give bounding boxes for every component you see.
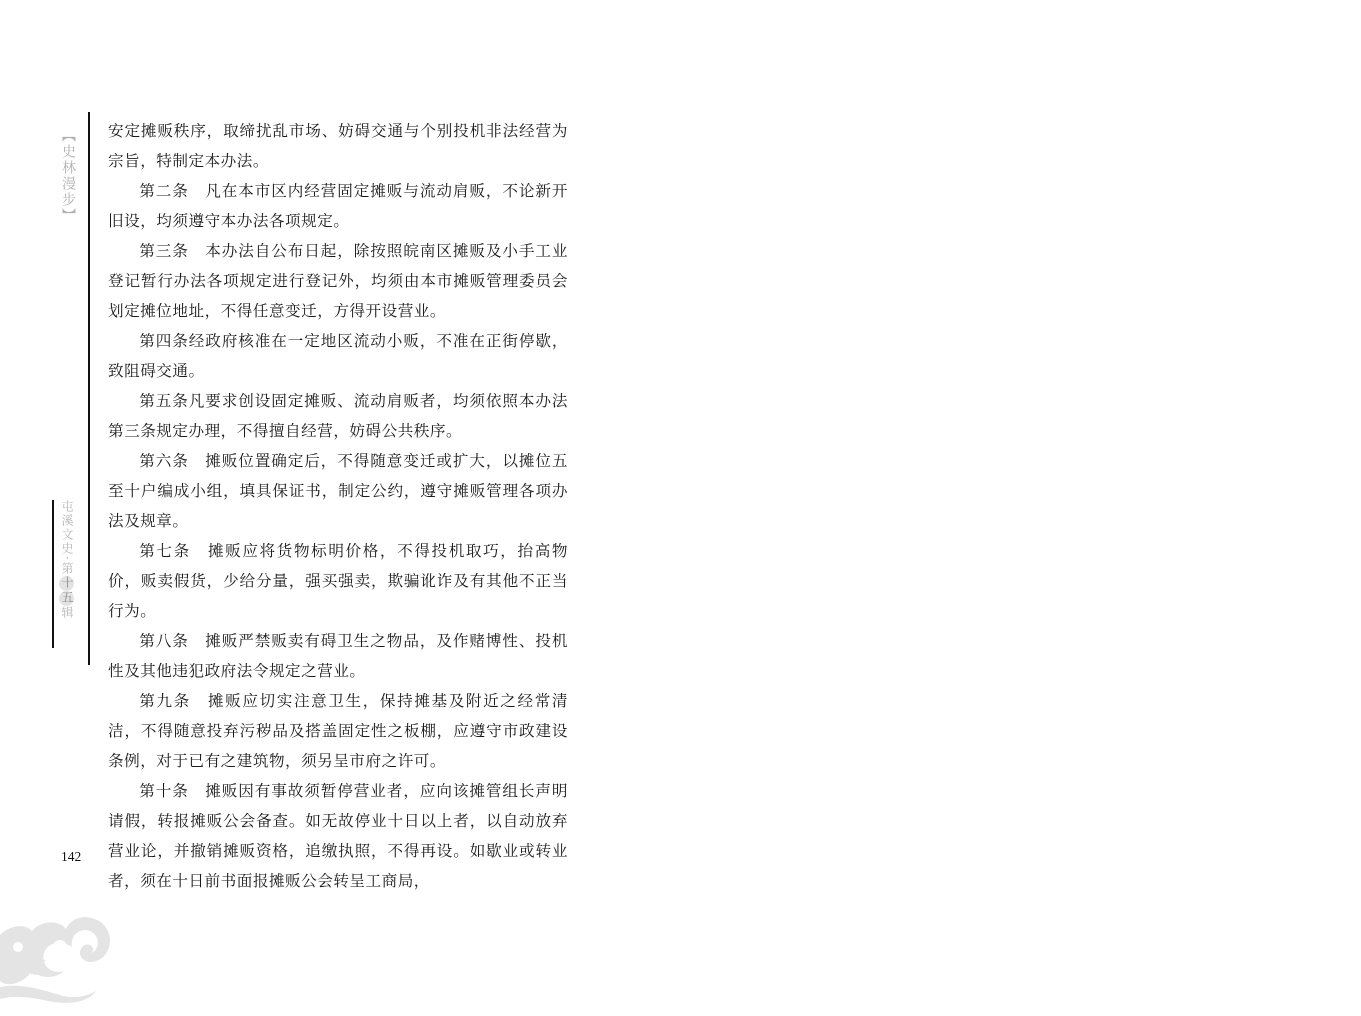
paragraph: 第四条经政府核准在一定地区流动小贩，不准在正街停歇，致阻碍交通。 <box>108 326 568 386</box>
page-number: 142 <box>61 849 81 865</box>
paragraph: 第六条 摊贩位置确定后，不得随意变迁或扩大，以摊位五至十户编成小组，填具保证书，… <box>108 446 568 536</box>
paragraph: 第八条 摊贩严禁贩卖有碍卫生之物品，及作赌博性、投机性及其他违犯政府法令规定之营… <box>108 626 568 686</box>
paragraph: 安定摊贩秩序，取缔扰乱市场、妨碍交通与个别投机非法经营为宗旨，特制定本办法。 <box>108 116 568 176</box>
paragraph: 第十条 摊贩因有事故须暂停营业者，应向该摊管组长声明请假，转报摊贩公会备查。如无… <box>108 776 568 896</box>
series-suffix: 辑 <box>60 606 74 620</box>
paragraph: 第五条凡要求创设固定摊贩、流动肩贩者，均须依照本办法第三条规定办理，不得擅自经营… <box>108 386 568 446</box>
paragraph: 第九条 摊贩应切实注意卫生，保持摊基及附近之经常清洁，不得随意投弃污秽品及搭盖固… <box>108 686 568 776</box>
paragraph: 第三条 本办法自公布日起，除按照皖南区摊贩及小手工业登记暂行办法各项规定进行登记… <box>108 236 568 326</box>
issue-number-part: 十 <box>59 576 74 591</box>
body-text: 安定摊贩秩序，取缔扰乱市场、妨碍交通与个别投机非法经营为宗旨，特制定本办法。 第… <box>108 116 568 896</box>
series-prefix: 屯溪文史·第 <box>60 500 74 576</box>
left-inner-rule <box>52 500 54 648</box>
column-title: 【史林漫步】 <box>60 128 76 224</box>
issue-number-part: 五 <box>59 591 74 606</box>
paragraph: 第七条 摊贩应将货物标明价格，不得投机取巧，抬高物价，贩卖假货，少给分量，强买强… <box>108 536 568 626</box>
left-page: 【史林漫步】 屯溪文史·第十五辑 142 安定摊贩秩序，取缔扰乱市场、妨碍交通与… <box>0 0 680 1016</box>
series-label: 屯溪文史·第十五辑 <box>60 500 76 620</box>
cloud-ornament-icon <box>0 895 115 1005</box>
left-outer-rule <box>88 112 90 665</box>
paragraph: 第二条 凡在本市区内经营固定摊贩与流动肩贩，不论新开旧设，均须遵守本办法各项规定… <box>108 176 568 236</box>
right-page: 【史林漫步】 屯溪文史·第十五辑 143 经核准后，始得变更或歇业。 第十一条 … <box>680 0 1361 1016</box>
